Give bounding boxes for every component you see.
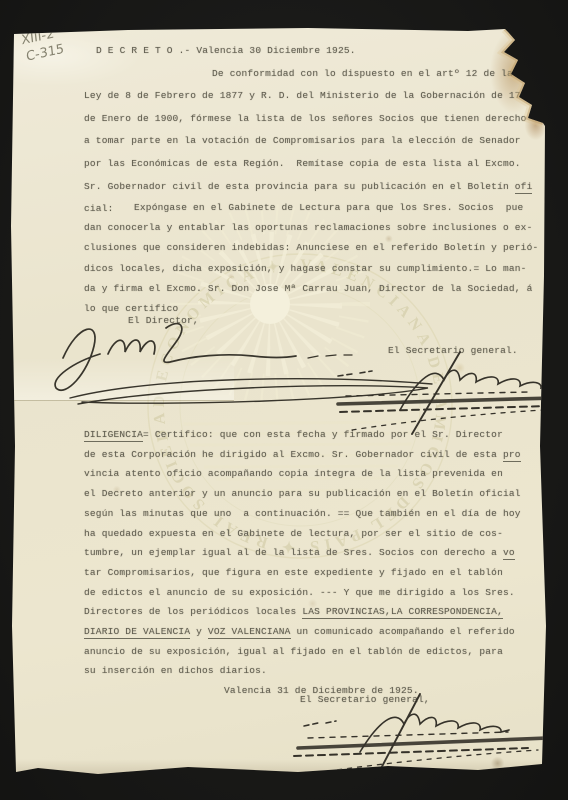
- paper-sheet: VALENCIANA DE AMIGOS DEL PAIS ✦ REAL SOC…: [8, 26, 552, 786]
- ink-overlay: [8, 26, 552, 786]
- secretary-signature-mid: [338, 352, 552, 434]
- secretary-signature-bottom: [294, 694, 548, 778]
- director-signature: [55, 324, 432, 404]
- torn-edge-halo: [504, 29, 543, 123]
- scan-background: { "pencil_note": { "l1": "XIII-2", "l2":…: [0, 0, 568, 800]
